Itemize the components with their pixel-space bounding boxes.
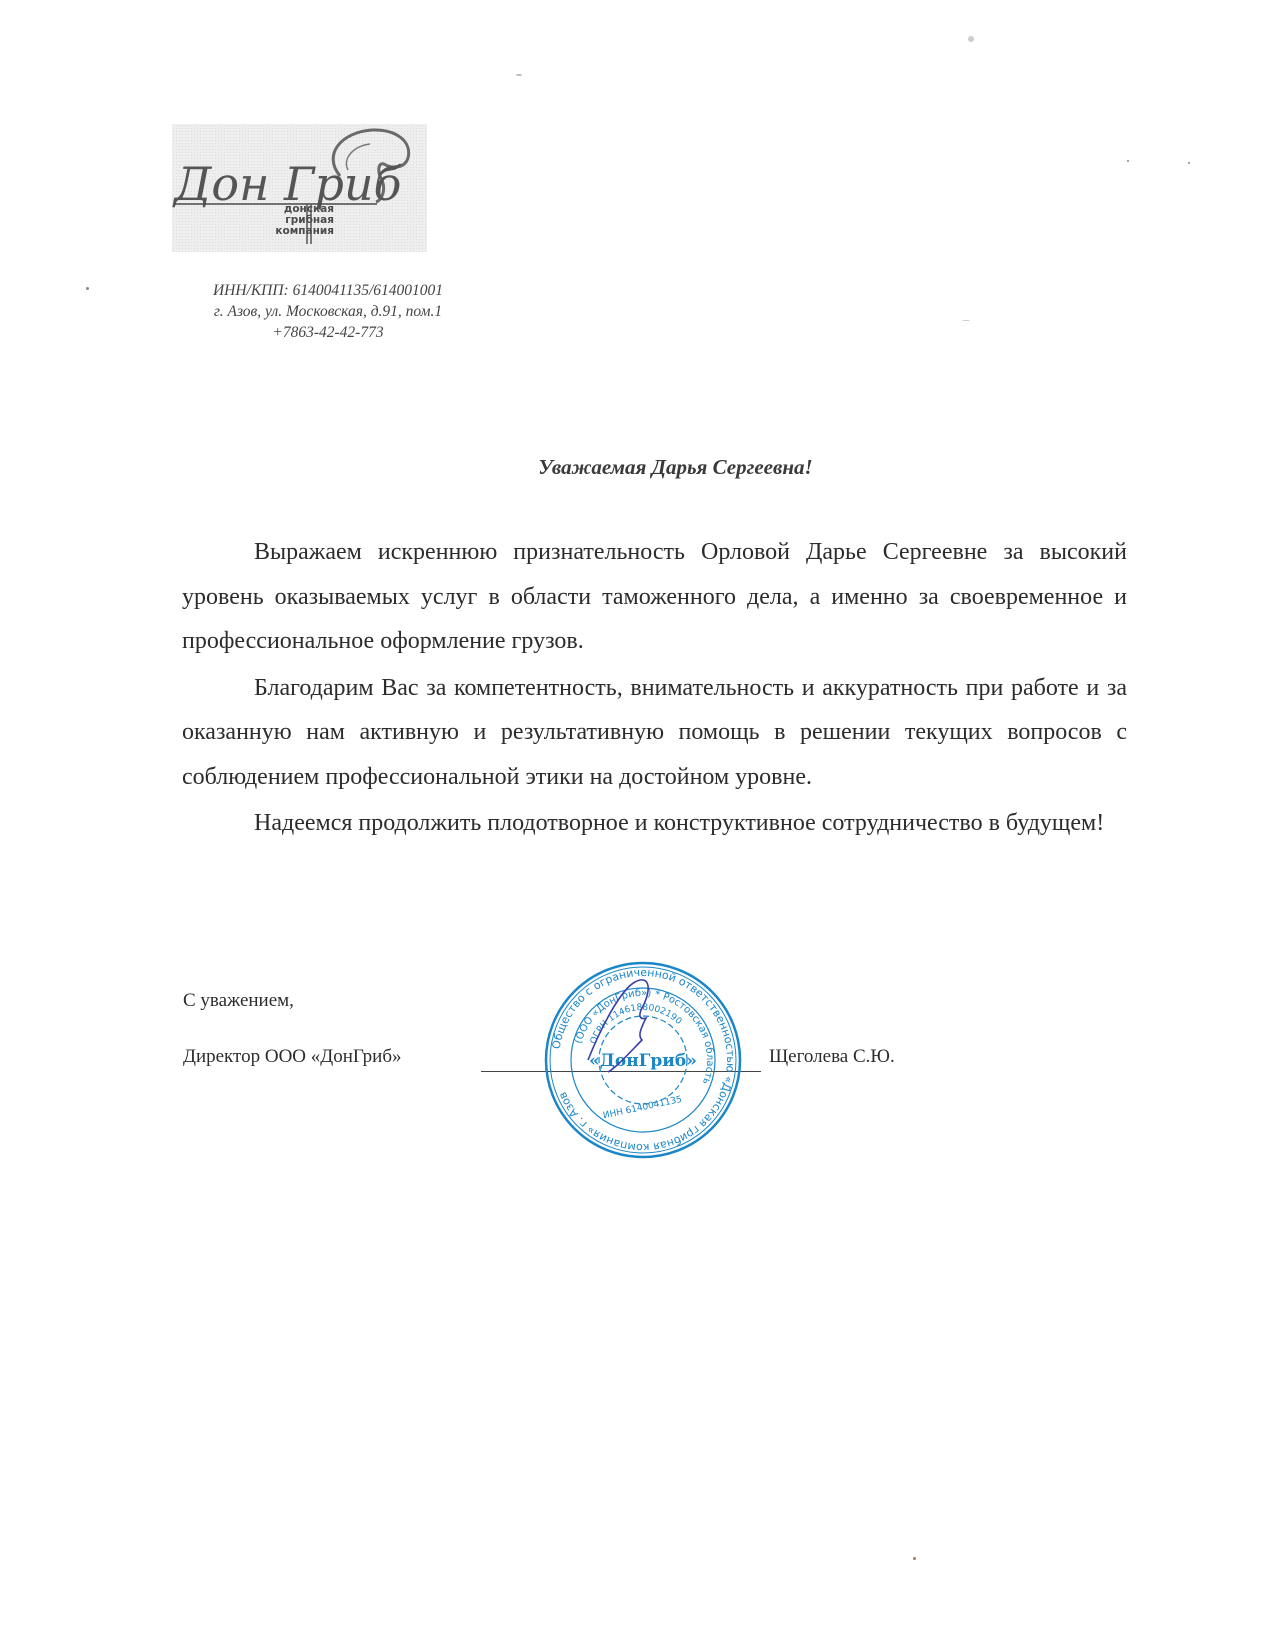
scan-speck [1188,162,1190,164]
scan-speck [516,74,522,76]
signatory-role: Директор ООО «ДонГриб» [183,1046,402,1068]
tagline-line: компания [234,226,334,237]
paragraph: Выражаем искреннюю признательность Орлов… [182,530,1127,664]
address: г. Азов, ул. Московская, д.91, пом.1 [178,301,478,322]
scan-speck [962,320,970,321]
company-logo: Дон Гриб донская грибная компания [172,124,427,252]
paragraph: Надеемся продолжить плодотворное и конст… [182,801,1127,846]
phone: +7863-42-42-773 [178,322,478,343]
company-requisites: ИНН/КПП: 6140041135/614001001 г. Азов, у… [178,280,478,343]
stamp-inn: ИНН 6140041135 [602,1095,683,1121]
scan-speck [913,1557,916,1560]
signatory-name: Щеголева С.Ю. [769,1046,895,1068]
scan-speck [968,36,974,42]
closing: С уважением, [183,990,294,1012]
logo-tagline: донская грибная компания [234,204,334,237]
scan-speck [86,287,89,290]
signature-scribble [580,960,700,1080]
letter-body: Выражаем искреннюю признательность Орлов… [182,530,1127,846]
scan-speck [1127,160,1129,162]
paragraph: Благодарим Вас за компетентность, внимат… [182,666,1127,800]
letter-page: Дон Гриб донская грибная компания ИНН/КП… [0,0,1275,1650]
salutation: Уважаемая Дарья Сергеевна! [0,455,1275,480]
inn-kpp: ИНН/КПП: 6140041135/614001001 [178,280,478,301]
